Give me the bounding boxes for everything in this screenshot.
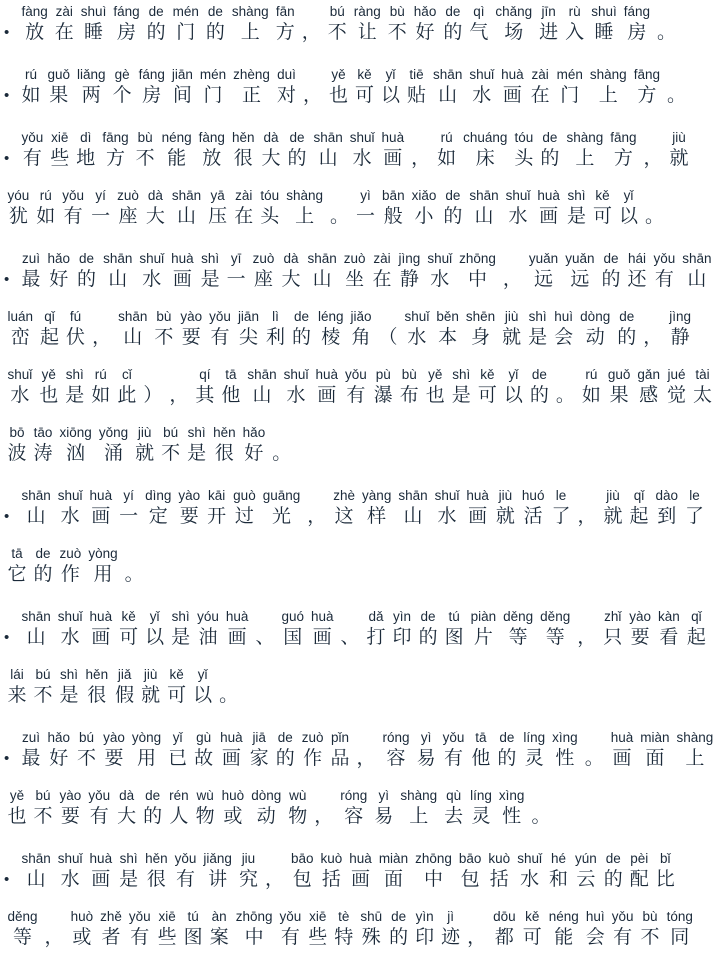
pinyin-hanzi-unit: shuǐ水 xyxy=(502,188,534,230)
pinyin-text: yì xyxy=(417,730,436,746)
pinyin-hanzi-unit: rú如 xyxy=(88,367,114,409)
pinyin-text: yǒu xyxy=(209,309,231,325)
hanzi-text: 只 xyxy=(603,625,622,651)
pinyin-hanzi-unit: bù不 xyxy=(384,4,410,46)
pinyin-hanzi-unit: ， xyxy=(298,4,324,46)
hanzi-text: 有 xyxy=(280,925,302,951)
pinyin-hanzi-unit: fāng方 xyxy=(630,67,663,109)
pinyin-text: yǒu xyxy=(345,367,367,383)
hanzi-text: 的 xyxy=(601,267,620,293)
pinyin-text: yào xyxy=(180,309,202,325)
pinyin-text: shàng xyxy=(286,188,323,204)
pinyin-text xyxy=(411,130,430,146)
pinyin-hanzi-unit: huà画 xyxy=(86,609,116,651)
pinyin-hanzi-unit: qǐ起 xyxy=(683,609,709,651)
pinyin-text: yě xyxy=(329,67,348,83)
pinyin-text: shàng xyxy=(232,4,269,20)
pinyin-text: yǒu xyxy=(22,130,44,146)
pinyin-hanzi-unit: shān山 xyxy=(115,309,151,351)
hanzi-text: 压 xyxy=(208,204,227,230)
pinyin-hanzi-unit: de的 xyxy=(598,251,624,293)
hanzi-text: 在 xyxy=(531,83,550,109)
pinyin-text: kuò xyxy=(488,851,510,867)
pinyin-text: róng xyxy=(383,730,410,746)
pinyin-hanzi-unit: yuǎn远 xyxy=(562,251,598,293)
pinyin-text xyxy=(125,546,144,562)
hanzi-text: 水 xyxy=(58,625,83,651)
pinyin-text xyxy=(219,667,238,683)
pinyin-text: kāi xyxy=(207,488,226,504)
pinyin-text: qì xyxy=(469,4,488,20)
pinyin-text: hǎo xyxy=(48,730,71,746)
hanzi-text: 可 xyxy=(119,625,138,651)
hanzi-text: 包 xyxy=(459,867,482,893)
pinyin-hanzi-unit: jīn进 xyxy=(536,4,562,46)
hanzi-text: 山 xyxy=(247,383,276,409)
pinyin-hanzi-unit: yě也 xyxy=(422,367,448,409)
pinyin-text: yǒu xyxy=(62,188,84,204)
pinyin-text xyxy=(645,188,664,204)
pinyin-hanzi-unit: lái来 xyxy=(4,667,30,709)
pinyin-hanzi-unit: yì一 xyxy=(353,188,379,230)
pinyin-text: tāo xyxy=(34,425,53,441)
pinyin-hanzi-unit: shēn身 xyxy=(462,309,498,351)
hanzi-text: 。 xyxy=(556,383,575,409)
pinyin-text xyxy=(467,909,486,925)
pinyin-text: kě xyxy=(355,67,374,83)
hanzi-text: 涌 xyxy=(99,441,128,467)
pinyin-hanzi-unit: xiē些 xyxy=(305,909,331,951)
hanzi-text: 大 xyxy=(261,146,280,172)
hanzi-text: 水 xyxy=(427,267,452,293)
pinyin-text xyxy=(556,367,575,383)
pinyin-text xyxy=(45,909,64,925)
pinyin-text: chǎng xyxy=(495,4,532,20)
pinyin-hanzi-unit: shì是 xyxy=(448,367,474,409)
hanzi-text: 此 xyxy=(117,383,136,409)
hanzi-text: ， xyxy=(643,325,662,351)
hanzi-text: 水 xyxy=(8,383,33,409)
pinyin-hanzi-unit: ， xyxy=(574,609,600,651)
pinyin-hanzi-unit: hǎo好 xyxy=(44,730,74,772)
pinyin-text: jiu xyxy=(239,851,258,867)
hanzi-text: 是 xyxy=(528,325,547,351)
hanzi-text: 尖 xyxy=(238,325,259,351)
pinyin-hanzi-unit: shān山 xyxy=(18,609,54,651)
pinyin-hanzi-unit: gǎn感 xyxy=(634,367,664,409)
pinyin-text: kě xyxy=(167,667,186,683)
pinyin-hanzi-unit: bān般 xyxy=(379,188,409,230)
pinyin-text xyxy=(341,609,360,625)
hanzi-text: 正 xyxy=(233,83,270,109)
pinyin-hanzi-unit: mén门 xyxy=(196,67,229,109)
pinyin-hanzi-unit: bǐ比 xyxy=(652,851,678,893)
pinyin-text: huó xyxy=(522,488,545,504)
pinyin-text: zài xyxy=(531,67,550,83)
pinyin-hanzi-unit: yào要 xyxy=(100,730,129,772)
pinyin-hanzi-unit: jìng静 xyxy=(395,251,424,293)
pinyin-hanzi-unit: shān山 xyxy=(168,188,204,230)
pinyin-hanzi-unit: miàn面 xyxy=(375,851,411,893)
hanzi-text: 的 xyxy=(540,146,559,172)
hanzi-text: ， xyxy=(302,20,321,46)
pinyin-hanzi-unit: zuò作 xyxy=(298,730,327,772)
hanzi-text: 犹 xyxy=(8,204,30,230)
pinyin-hanzi-unit: yì易 xyxy=(413,730,439,772)
pinyin-text: bù xyxy=(154,309,173,325)
pinyin-text: bù xyxy=(136,130,155,146)
pinyin-text: de xyxy=(617,309,636,325)
bullet-marker: • xyxy=(4,4,18,46)
hanzi-text: 容 xyxy=(340,804,367,830)
pinyin-text: wù xyxy=(288,788,307,804)
hanzi-text: 。 xyxy=(219,683,238,709)
pinyin-text: shì xyxy=(528,309,547,325)
pinyin-text: shān xyxy=(247,367,276,383)
hanzi-text: 头 xyxy=(514,146,533,172)
pinyin-hanzi-unit: hěn很 xyxy=(82,667,112,709)
pinyin-text xyxy=(143,367,162,383)
pinyin-hanzi-unit: zhōng中 xyxy=(456,251,500,293)
pinyin-hanzi-unit: dà大 xyxy=(114,788,140,830)
pinyin-hanzi-unit: yī一 xyxy=(223,251,249,293)
bullet-marker: • xyxy=(4,130,18,172)
hanzi-text: 究 xyxy=(239,867,258,893)
pinyin-text: de xyxy=(34,546,53,562)
pinyin-text: hǎo xyxy=(414,4,437,20)
pinyin-text: de xyxy=(292,309,311,325)
hanzi-text: 会 xyxy=(586,925,605,951)
hanzi-text: 、 xyxy=(341,625,360,651)
hanzi-text: 上 xyxy=(286,204,323,230)
hanzi-text: 就 xyxy=(135,441,154,467)
pinyin-text: le xyxy=(685,488,704,504)
hanzi-text: 座 xyxy=(253,267,275,293)
pinyin-text xyxy=(265,851,284,867)
hanzi-text: 上 xyxy=(400,804,437,830)
pinyin-text: rú xyxy=(22,67,41,83)
pinyin-text: zuò xyxy=(302,730,324,746)
hanzi-text: 头 xyxy=(260,204,279,230)
hanzi-text: 水 xyxy=(405,325,430,351)
pinyin-text: de xyxy=(601,251,620,267)
pinyin-hanzi-unit: shàng上 xyxy=(283,188,327,230)
pinyin-text: shì xyxy=(119,851,138,867)
pinyin-hanzi-unit: shàng上 xyxy=(397,788,441,830)
hanzi-text: 果 xyxy=(48,83,71,109)
pinyin-text: de xyxy=(147,4,166,20)
hanzi-text: 门 xyxy=(557,83,583,109)
hanzi-text: 可 xyxy=(478,383,497,409)
pinyin-text: shuǐ xyxy=(435,488,460,504)
pinyin-hanzi-unit: 。 xyxy=(121,546,147,588)
hanzi-text: 要 xyxy=(180,325,202,351)
pinyin-text: zuì xyxy=(22,730,41,746)
pinyin-hanzi-unit: léng棱 xyxy=(314,309,347,351)
hanzi-text: 片 xyxy=(471,625,497,651)
pinyin-text: jiù xyxy=(141,667,160,683)
pinyin-annotated-document: •fàng放zài在shuì睡fáng房de的mén门de的shàng上fān方… xyxy=(4,4,720,951)
pinyin-text xyxy=(503,251,522,267)
bullet-item: •yǒu有xiē些dì地fāng方bù不néng能fàng放hěn很dà大de的… xyxy=(4,125,720,230)
pinyin-text: yǐ xyxy=(193,667,212,683)
pinyin-hanzi-unit: ， xyxy=(304,488,330,530)
hanzi-text: 的 xyxy=(34,562,53,588)
text-row: shuǐ水yě也shì是rú如cǐ此），qí其tā他shān山shuǐ水huà画… xyxy=(4,367,720,409)
pinyin-hanzi-unit: shān山 xyxy=(466,188,502,230)
hanzi-text: 一 xyxy=(119,504,138,530)
hanzi-text: 汹 xyxy=(60,441,92,467)
hanzi-text: 灵 xyxy=(523,746,545,772)
pinyin-hanzi-unit: zuò作 xyxy=(56,546,85,588)
hanzi-text: 放 xyxy=(22,20,48,46)
text-row: luán峦qǐ起fú伏，shān山bù不yào要yǒu有jiān尖lì利de的l… xyxy=(4,309,720,351)
pinyin-hanzi-unit: zuò坐 xyxy=(340,251,369,293)
hanzi-text: 些 xyxy=(158,925,177,951)
pinyin-text: xiǎo xyxy=(412,188,437,204)
pinyin-text: shān xyxy=(307,251,336,267)
hanzi-text: 是 xyxy=(171,625,190,651)
pinyin-text: de xyxy=(206,4,225,20)
hanzi-text: 对 xyxy=(277,83,296,109)
pinyin-text xyxy=(644,130,663,146)
pinyin-text xyxy=(531,788,550,804)
pinyin-hanzi-unit: huà画 xyxy=(307,609,337,651)
pinyin-hanzi-unit: dà大 xyxy=(142,188,168,230)
pinyin-text: huà xyxy=(90,609,113,625)
hanzi-text: 的 xyxy=(604,867,623,893)
pinyin-hanzi-unit: dà大 xyxy=(278,251,304,293)
hanzi-text: 了 xyxy=(685,504,704,530)
pinyin-text: mén xyxy=(173,4,199,20)
pinyin-hanzi-unit: shān山 xyxy=(395,488,431,530)
pinyin-hanzi-unit: yǒu有 xyxy=(608,909,637,951)
pinyin-hanzi-unit: 。 xyxy=(552,367,578,409)
pinyin-hanzi-unit: yí一 xyxy=(116,488,142,530)
hanzi-text: ， xyxy=(92,325,111,351)
hanzi-text: 讲 xyxy=(203,867,232,893)
pinyin-hanzi-unit: rén人 xyxy=(166,788,193,830)
pinyin-text: de xyxy=(540,130,559,146)
pinyin-text: shuǐ xyxy=(58,488,83,504)
pinyin-hanzi-unit: yào要 xyxy=(626,609,655,651)
hanzi-text: 的 xyxy=(530,383,549,409)
pinyin-text: guò xyxy=(233,488,256,504)
pinyin-hanzi-unit: yǐ以 xyxy=(190,667,216,709)
hanzi-text: 用 xyxy=(132,746,161,772)
pinyin-hanzi-unit: huà画 xyxy=(346,851,376,893)
hanzi-text: 的 xyxy=(292,325,311,351)
pinyin-text: tài xyxy=(693,367,712,383)
hanzi-text: 他 xyxy=(471,746,490,772)
hanzi-text: 就 xyxy=(496,504,515,530)
hanzi-text: 小 xyxy=(412,204,437,230)
bullet-item: •zuì最hǎo好bú不yào要yòng用yǐ已gù故huà画jiā家de的zu… xyxy=(4,725,720,830)
pinyin-hanzi-unit: bù不 xyxy=(151,309,177,351)
pinyin-text: rú xyxy=(582,367,601,383)
pinyin-text: děng xyxy=(503,609,533,625)
pinyin-hanzi-unit: àn案 xyxy=(206,909,232,951)
bullet-marker: • xyxy=(4,67,18,109)
hanzi-text: 作 xyxy=(60,562,82,588)
pinyin-hanzi-unit: jiù就 xyxy=(132,425,158,467)
pinyin-text: hǎo xyxy=(243,425,266,441)
pinyin-text: jiù xyxy=(496,488,515,504)
hanzi-text: 画 xyxy=(226,625,249,651)
pinyin-hanzi-unit: cǐ此 xyxy=(114,367,140,409)
pinyin-hanzi-unit: jiǎo角 xyxy=(347,309,375,351)
hanzi-text: ， xyxy=(45,925,64,951)
bullet-item: •shān山shuǐ水huà画shì是hěn很yǒu有jiǎng讲jiu究，bā… xyxy=(4,846,720,951)
hanzi-text: 贴 xyxy=(407,83,426,109)
hanzi-text: 房 xyxy=(624,20,650,46)
pinyin-hanzi-unit: jiù就 xyxy=(499,309,525,351)
pinyin-text: dào xyxy=(656,488,679,504)
pinyin-text: zhě xyxy=(100,909,122,925)
pinyin-text: pǐn xyxy=(331,730,350,746)
pinyin-hanzi-unit: yì易 xyxy=(371,788,397,830)
pinyin-hanzi-unit: jiān间 xyxy=(168,67,196,109)
pinyin-text: yí xyxy=(91,188,110,204)
hanzi-text: 很 xyxy=(145,867,168,893)
pinyin-text: kě xyxy=(523,909,542,925)
pinyin-text xyxy=(307,488,326,504)
pinyin-hanzi-unit: bāo包 xyxy=(287,851,317,893)
pinyin-hanzi-unit: shì是 xyxy=(62,367,88,409)
pinyin-text: shān xyxy=(22,851,51,867)
pinyin-text: huà xyxy=(171,251,194,267)
hanzi-text: 太 xyxy=(693,383,712,409)
pinyin-hanzi-unit: （ xyxy=(375,309,401,351)
pinyin-text: zuì xyxy=(22,251,41,267)
pinyin-text xyxy=(314,788,333,804)
pinyin-hanzi-unit: gù故 xyxy=(191,730,217,772)
pinyin-hanzi-unit: yǐ以 xyxy=(378,67,404,109)
pinyin-hanzi-unit: dào到 xyxy=(652,488,682,530)
pinyin-hanzi-unit: guāng光 xyxy=(259,488,304,530)
pinyin-hanzi-unit: huà画 xyxy=(312,367,342,409)
hanzi-text: 在 xyxy=(234,204,253,230)
pinyin-text: qǐ xyxy=(687,609,706,625)
hanzi-text: 起 xyxy=(40,325,59,351)
pinyin-hanzi-unit: huà画 xyxy=(378,130,408,172)
hanzi-text: 房 xyxy=(139,83,165,109)
pinyin-hanzi-unit: luán峦 xyxy=(4,309,37,351)
hanzi-text: 山 xyxy=(433,83,462,109)
hanzi-text: 的 xyxy=(143,804,162,830)
hanzi-text: 让 xyxy=(354,20,381,46)
hanzi-text: ， xyxy=(411,146,430,172)
pinyin-text: rú xyxy=(91,367,110,383)
pinyin-hanzi-unit: 。 xyxy=(654,4,680,46)
pinyin-hanzi-unit: hǎo好 xyxy=(44,251,74,293)
hanzi-text: 。 xyxy=(330,204,349,230)
hanzi-text: 上 xyxy=(232,20,269,46)
pinyin-text: huà xyxy=(315,367,338,383)
pinyin-hanzi-unit: shān山 xyxy=(244,367,280,409)
pinyin-hanzi-unit: qí其 xyxy=(192,367,218,409)
pinyin-text: děng xyxy=(8,909,38,925)
pinyin-text: yě xyxy=(8,788,27,804)
pinyin-text: guǒ xyxy=(48,67,71,83)
pinyin-hanzi-unit: gè个 xyxy=(109,67,135,109)
pinyin-hanzi-unit: 、 xyxy=(252,609,278,651)
pinyin-text: yuǎn xyxy=(565,251,594,267)
hanzi-text: 山 xyxy=(682,267,711,293)
pinyin-hanzi-unit: tā它 xyxy=(4,546,30,588)
pinyin-text: dìng xyxy=(145,488,171,504)
pinyin-hanzi-unit: mén门 xyxy=(553,67,586,109)
hanzi-text: 山 xyxy=(398,504,427,530)
pinyin-hanzi-unit: miàn面 xyxy=(637,730,673,772)
pinyin-hanzi-unit: shì是 xyxy=(563,188,589,230)
hanzi-text: 等 xyxy=(8,925,38,951)
hanzi-text: 山 xyxy=(172,204,201,230)
pinyin-text: zuò xyxy=(117,188,139,204)
text-row: bō波tāo涛xiōng汹yǒng涌jiù就bú不shì是hěn很hǎo好。 xyxy=(4,425,720,467)
pinyin-hanzi-unit: de的 xyxy=(140,788,166,830)
pinyin-text: yóu xyxy=(8,188,30,204)
pinyin-text: jiù xyxy=(603,488,622,504)
pinyin-text: de xyxy=(276,730,295,746)
pinyin-text: shān xyxy=(398,488,427,504)
hanzi-text: 山 xyxy=(22,504,51,530)
hanzi-text: 座 xyxy=(117,204,139,230)
pinyin-hanzi-unit: ， xyxy=(464,909,490,951)
hanzi-text: 会 xyxy=(554,325,573,351)
pinyin-hanzi-unit: shì是 xyxy=(197,251,223,293)
pinyin-text: xìng xyxy=(499,788,525,804)
hanzi-text: ） xyxy=(143,383,162,409)
hanzi-text: 物 xyxy=(288,804,307,830)
hanzi-text: 这 xyxy=(333,504,355,530)
hanzi-text: ， xyxy=(314,804,333,830)
hanzi-text: 品 xyxy=(331,746,350,772)
pinyin-text: jīn xyxy=(539,4,558,20)
pinyin-text: fú xyxy=(66,309,85,325)
pinyin-hanzi-unit: jiā家 xyxy=(246,730,272,772)
hanzi-text: 水 xyxy=(139,267,164,293)
hanzi-text: 的 xyxy=(206,20,225,46)
pinyin-hanzi-unit: jìng静 xyxy=(666,309,695,351)
hanzi-text: 图 xyxy=(184,925,203,951)
pinyin-hanzi-unit: shàng上 xyxy=(228,4,272,46)
hanzi-text: 布 xyxy=(400,383,419,409)
bullet-marker: • xyxy=(4,488,18,530)
pinyin-text: cǐ xyxy=(117,367,136,383)
pinyin-hanzi-unit: de的 xyxy=(288,309,314,351)
pinyin-hanzi-unit: néng能 xyxy=(545,909,582,951)
pinyin-hanzi-unit: piàn片 xyxy=(467,609,500,651)
hanzi-text: 、 xyxy=(255,625,274,651)
pinyin-hanzi-unit: ， xyxy=(574,488,600,530)
hanzi-text: 果 xyxy=(608,383,631,409)
pinyin-text: yǐ xyxy=(619,188,638,204)
pinyin-hanzi-unit: xiē些 xyxy=(47,130,73,172)
pinyin-hanzi-unit: huà画 xyxy=(463,488,493,530)
hanzi-text: ， xyxy=(577,504,596,530)
pinyin-text: gè xyxy=(113,67,132,83)
pinyin-text: xiōng xyxy=(60,425,92,441)
pinyin-hanzi-unit: děng等 xyxy=(537,609,574,651)
pinyin-hanzi-unit: ， xyxy=(353,730,379,772)
pinyin-hanzi-unit: ， xyxy=(311,788,337,830)
pinyin-hanzi-unit: shì是 xyxy=(525,309,551,351)
pinyin-hanzi-unit: yǒu有 xyxy=(439,730,468,772)
pinyin-text: líng xyxy=(523,730,545,746)
hanzi-text: 画 xyxy=(315,383,338,409)
pinyin-text: huà xyxy=(501,67,524,83)
